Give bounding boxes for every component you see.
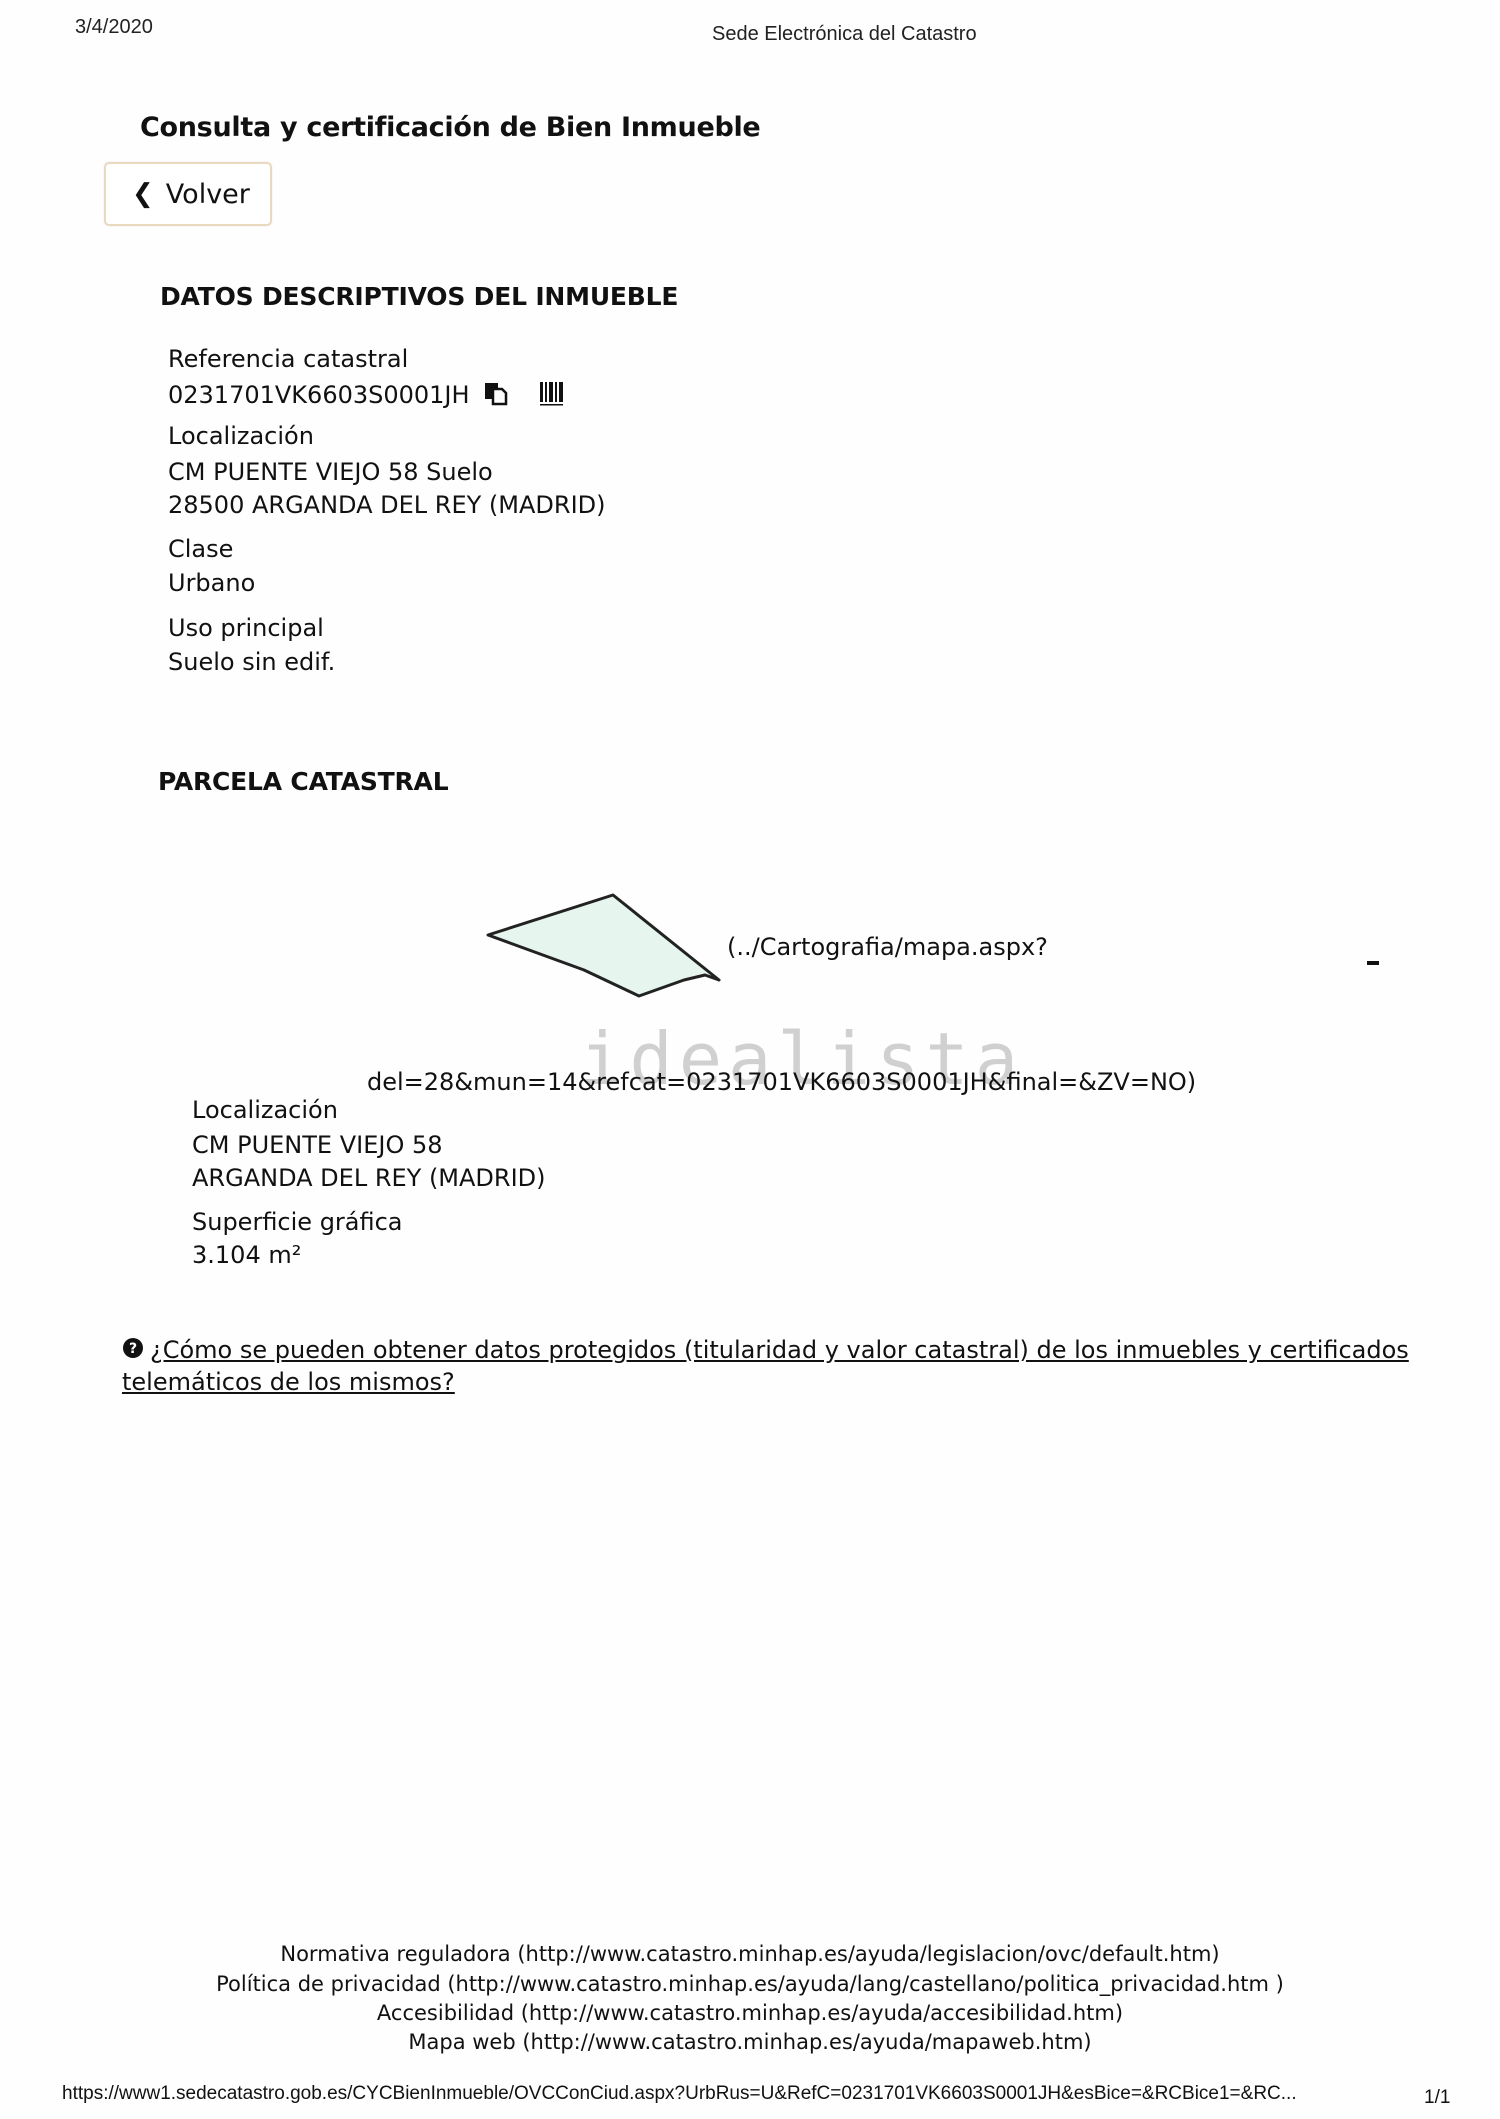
loc-line2: 28500 ARGANDA DEL REY (MADRID) xyxy=(168,491,605,519)
clase-label: Clase xyxy=(168,535,233,563)
back-button[interactable]: ❮ Volver xyxy=(104,162,272,226)
chevron-left-icon: ❮ xyxy=(132,179,154,209)
section-title-parcela: PARCELA CATASTRAL xyxy=(158,767,448,796)
map-link-part2[interactable]: del=28&mun=14&refcat=0231701VK6603S0001J… xyxy=(367,1068,1196,1096)
section-title-datos: DATOS DESCRIPTIVOS DEL INMUEBLE xyxy=(160,282,678,311)
help-link-line2[interactable]: telemáticos de los mismos? xyxy=(122,1367,1409,1398)
ref-label: Referencia catastral xyxy=(168,345,408,373)
svg-text:?: ? xyxy=(129,1341,137,1357)
uso-value: Suelo sin edif. xyxy=(168,648,335,676)
loc-line1: CM PUENTE VIEJO 58 Suelo xyxy=(168,458,493,486)
question-circle-icon: ? xyxy=(122,1336,144,1367)
print-date: 3/4/2020 xyxy=(75,16,153,39)
page-title: Consulta y certificación de Bien Inmuebl… xyxy=(140,112,760,143)
superficie-label: Superficie gráfica xyxy=(192,1208,403,1236)
footer-link-normativa[interactable]: Normativa reguladora (http://www.catastr… xyxy=(0,1942,1500,1966)
map-link-part1[interactable]: (../Cartografia/mapa.aspx? xyxy=(727,933,1048,961)
dash-mark xyxy=(1367,961,1379,965)
help-link-block[interactable]: ? ¿Cómo se pueden obtener datos protegid… xyxy=(122,1335,1409,1398)
superficie-value: 3.104 m² xyxy=(192,1241,301,1269)
parcel-loc-label: Localización xyxy=(192,1096,338,1124)
footer-link-accesibilidad[interactable]: Accesibilidad (http://www.catastro.minha… xyxy=(0,2001,1500,2025)
footer-link-privacidad[interactable]: Política de privacidad (http://www.catas… xyxy=(0,1972,1500,1996)
footer-link-mapa-web[interactable]: Mapa web (http://www.catastro.minhap.es/… xyxy=(0,2030,1500,2054)
clase-value: Urbano xyxy=(168,569,255,597)
print-url: https://www1.sedecatastro.gob.es/CYCBien… xyxy=(62,2083,1297,2105)
ref-value-row: 0231701VK6603S0001JH xyxy=(168,380,565,412)
barcode-icon[interactable] xyxy=(539,380,565,412)
back-button-label: Volver xyxy=(166,179,250,210)
help-link-text1[interactable]: ¿Cómo se pueden obtener datos protegidos… xyxy=(150,1336,1409,1364)
help-link-line1[interactable]: ? ¿Cómo se pueden obtener datos protegid… xyxy=(122,1335,1409,1367)
parcel-loc-line1: CM PUENTE VIEJO 58 xyxy=(192,1131,443,1159)
print-site-title: Sede Electrónica del Catastro xyxy=(712,23,977,46)
uso-label: Uso principal xyxy=(168,614,324,642)
ref-value: 0231701VK6603S0001JH xyxy=(168,381,470,409)
parcel-map-image[interactable] xyxy=(484,890,724,1004)
parcel-loc-line2: ARGANDA DEL REY (MADRID) xyxy=(192,1164,546,1192)
copy-icon[interactable] xyxy=(483,380,509,412)
loc-label: Localización xyxy=(168,422,314,450)
print-page-number: 1/1 xyxy=(1424,2087,1450,2109)
